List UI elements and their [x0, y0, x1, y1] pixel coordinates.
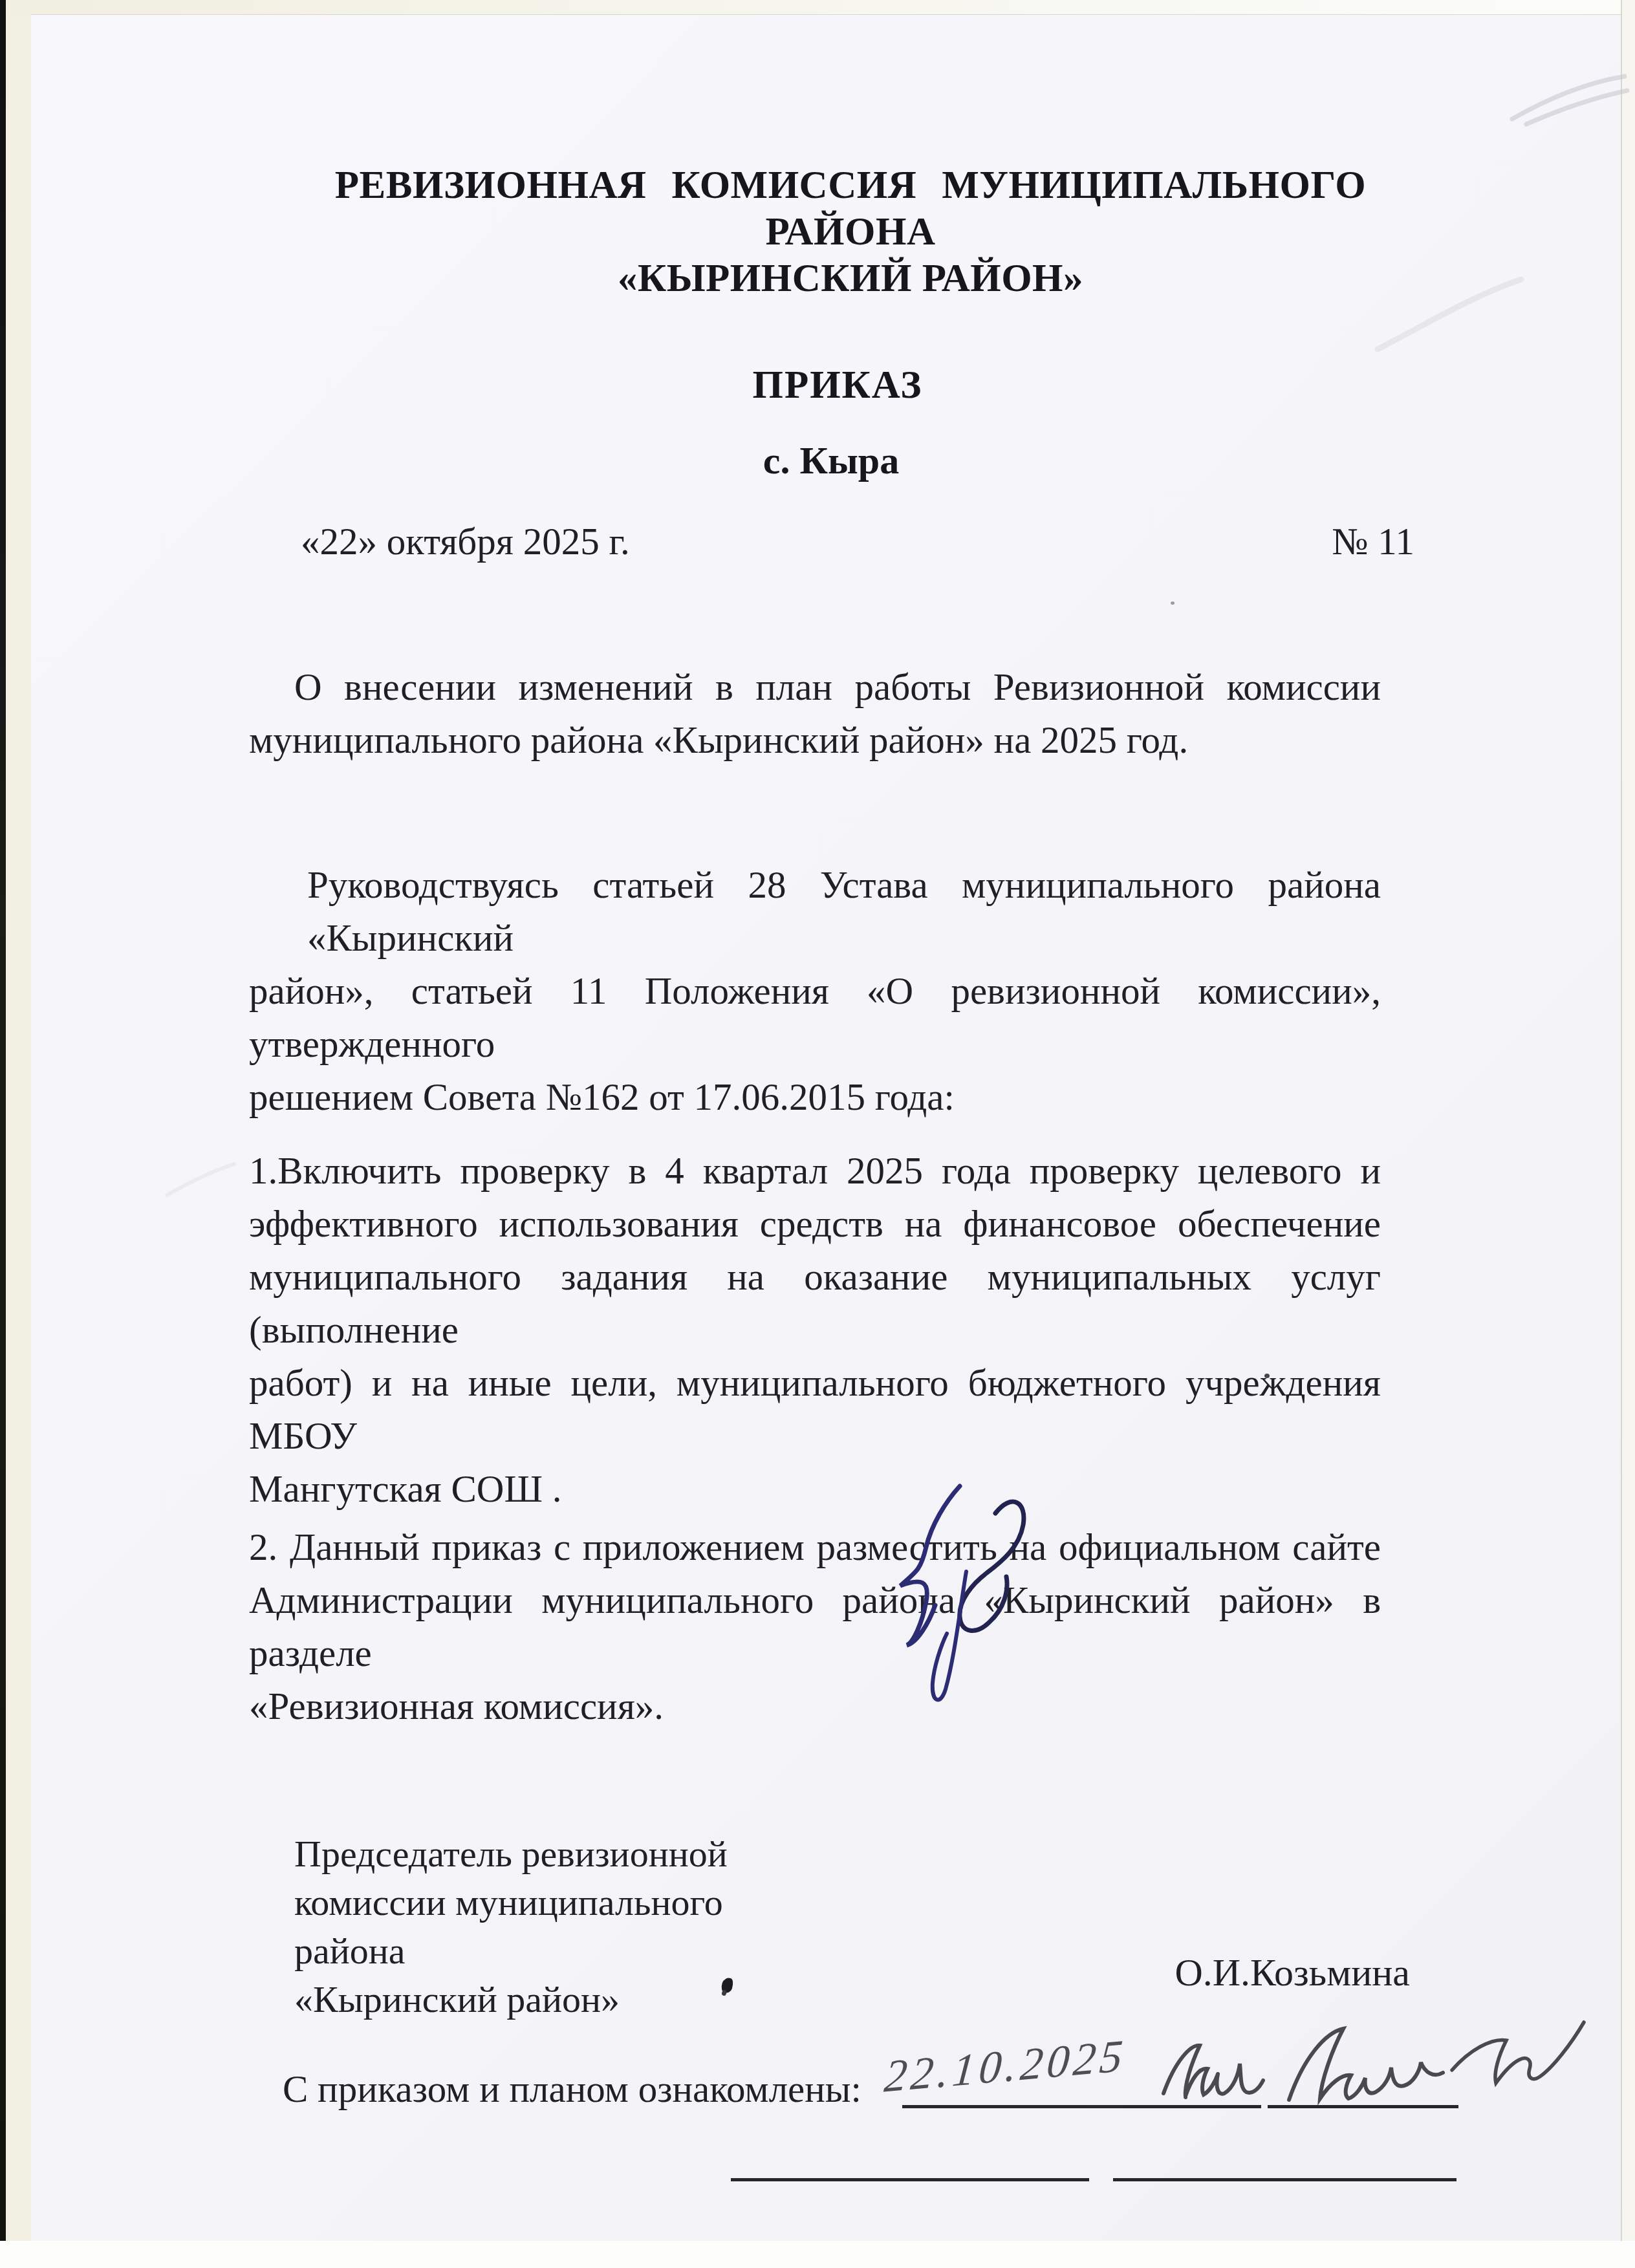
signer-title-line: Председатель ревизионной [294, 1830, 831, 1878]
blank-signature-line [731, 2178, 1089, 2181]
order-item-1: 1.Включить проверку в 4 квартал 2025 год… [249, 1144, 1381, 1515]
signer-name: О.И.Козьмина [1175, 1946, 1410, 1999]
org-name-line1: РЕВИЗИОННАЯ КОМИССИЯ МУНИЦИПАЛЬНОГО РАЙО… [285, 162, 1416, 255]
order-item-2-line: «Ревизионная комиссия». [249, 1679, 1381, 1733]
org-name: РЕВИЗИОННАЯ КОМИССИЯ МУНИЦИПАЛЬНОГО РАЙО… [285, 162, 1416, 302]
pencil-smudge [1507, 65, 1630, 129]
acknowledgment-row: С приказом и планом ознакомлены: 22.10.2… [249, 2062, 1381, 2115]
date-line: «22» октября 2025 г. [249, 515, 630, 568]
order-item-1-line: работ) и на иные цели, муниципального бю… [249, 1356, 1381, 1462]
subject-line: О внесении изменений в план работы Ревиз… [249, 660, 1381, 713]
scanned-document-page: РЕВИЗИОННАЯ КОМИССИЯ МУНИЦИПАЛЬНОГО РАЙО… [0, 0, 1635, 2268]
pencil-smudge [1371, 272, 1526, 362]
doc-number: № 11 [1332, 515, 1414, 568]
blank-signature-line [1113, 2178, 1456, 2181]
blank-signature-row [249, 2178, 1381, 2182]
dust-speck [1171, 601, 1175, 605]
org-name-line2: «КЫРИНСКИЙ РАЙОН» [285, 255, 1416, 302]
acknowledgment-label: С приказом и планом ознакомлены: [249, 2062, 861, 2115]
signature-underline [1268, 2105, 1458, 2108]
pencil-smudge [162, 1158, 239, 1203]
preamble-paragraph: Руководствуясь статьей 28 Устава муницип… [249, 858, 1381, 1123]
signature-block: Председатель ревизионной комиссии муници… [249, 1830, 1381, 2024]
order-item-1-line: Мангутская СОШ . [249, 1462, 1381, 1515]
signature-underline [902, 2105, 1261, 2108]
scanner-edge-strip [0, 0, 6, 2268]
subject-paragraph: О внесении изменений в план работы Ревиз… [249, 660, 1381, 766]
order-item-1-line: муниципального задания на оказание муниц… [249, 1250, 1381, 1356]
doc-type-heading: ПРИКАЗ [272, 362, 1403, 409]
signer-title-line: комиссии муниципального района [294, 1878, 831, 1975]
order-item-2-line: 2. Данный приказ с приложением разместит… [249, 1520, 1381, 1573]
order-item-2-line: Администрации муниципального района «Кыр… [249, 1573, 1381, 1679]
paper-right-edge [1621, 0, 1635, 2268]
preamble-line: решением Совета №162 от 17.06.2015 года: [249, 1070, 1381, 1123]
order-item-1-line: 1.Включить проверку в 4 квартал 2025 год… [249, 1144, 1381, 1197]
order-item-2: 2. Данный приказ с приложением разместит… [249, 1520, 1381, 1733]
scan-bottom-margin [0, 2241, 1635, 2268]
preamble-line: район», статьей 11 Положения «О ревизион… [249, 964, 1381, 1070]
subject-line: муниципального района «Кыринский район» … [249, 713, 1381, 766]
signer-title-line: «Кыринский район» [294, 1975, 831, 2024]
handwritten-date: 22.10.2025 [882, 2029, 1129, 2104]
place-line: с. Кыра [265, 437, 1397, 484]
acknowledgment-signature-2 [1279, 2011, 1589, 2133]
date-number-row: «22» октября 2025 г. № 11 [249, 515, 1381, 568]
signer-title: Председатель ревизионной комиссии муници… [249, 1830, 831, 2024]
order-item-1-line: эффективного использования средств на фи… [249, 1197, 1381, 1250]
chairman-handwritten-signature [861, 1473, 1068, 1712]
scanner-background-top [6, 0, 1635, 14]
dust-speck [1264, 1374, 1270, 1378]
preamble-line: Руководствуясь статьей 28 Устава муницип… [249, 858, 1381, 964]
